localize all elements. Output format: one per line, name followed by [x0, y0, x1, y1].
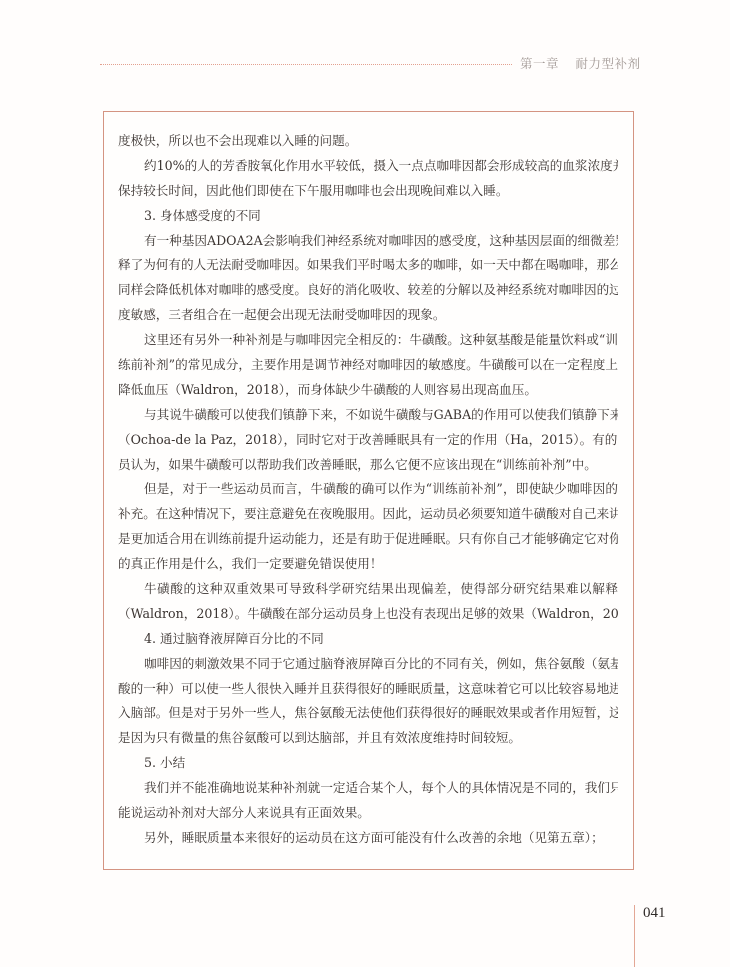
text-line: 但是，对于一些运动员而言，牛磺酸的确可以作为“训练前补剂”，即使缺少咖啡因的 [118, 477, 618, 502]
text-line: 牛磺酸的这种双重效果可导致科学研究结果出现偏差，使得部分研究结果难以解释 [118, 577, 618, 602]
text-line: 约10%的人的芳香胺氧化作用水平较低，摄入一点点咖啡因都会形成较高的血浆浓度并 [118, 154, 618, 179]
text-line: 与其说牛磺酸可以使我们镇静下来，不如说牛磺酸与GABA的作用可以使我们镇静下来 [118, 403, 618, 428]
text-line: 员认为，如果牛磺酸可以帮助我们改善睡眠，那么它便不应该出现在“训练前补剂”中。 [118, 453, 618, 478]
page-number: 041 [643, 905, 666, 922]
section-heading: 3. 身体感受度的不同 [118, 204, 618, 229]
section-heading: 4. 通过脑脊液屏障百分比的不同 [118, 627, 618, 652]
text-line: 度敏感，三者组合在一起便会出现无法耐受咖啡因的现象。 [118, 303, 618, 328]
text-line: 的真正作用是什么，我们一定要避免错误使用！ [118, 552, 618, 577]
text-line: 保持较长时间，因此他们即使在下午服用咖啡也会出现晚间难以入睡。 [118, 179, 618, 204]
text-line: 度极快，所以也不会出现难以入睡的问题。 [118, 129, 618, 154]
chapter-title: 耐力型补剂 [576, 56, 641, 71]
text-line: 另外，睡眠质量本来很好的运动员在这方面可能没有什么改善的余地（见第五章）； [118, 826, 618, 851]
text-line: 这里还有另外一种补剂是与咖啡因完全相反的：牛磺酸。这种氨基酸是能量饮料或“训 [118, 328, 618, 353]
text-line: 酸的一种）可以使一些人很快入睡并且获得很好的睡眠质量，这意味着它可以比较容易地进 [118, 677, 618, 702]
header-dotted-rule [100, 64, 512, 65]
text-line: 是更加适合用在训练前提升运动能力，还是有助于促进睡眠。只有你自己才能够确定它对你 [118, 527, 618, 552]
text-line: 释了为何有的人无法耐受咖啡因。如果我们平时喝太多的咖啡，如一天中都在喝咖啡，那么 [118, 253, 618, 278]
text-line: 补充。在这种情况下，要注意避免在夜晚服用。因此，运动员必须要知道牛磺酸对自己来讲 [118, 502, 618, 527]
section-heading: 5. 小结 [118, 751, 618, 776]
text-line: 是因为只有微量的焦谷氨酸可以到达脑部，并且有效浓度维持时间较短。 [118, 726, 618, 751]
text-line: 我们并不能准确地说某种补剂就一定适合某个人，每个人的具体情况是不同的，我们只 [118, 776, 618, 801]
body-text: 度极快，所以也不会出现难以入睡的问题。约10%的人的芳香胺氧化作用水平较低，摄入… [118, 129, 618, 851]
page-number-rule [634, 905, 635, 967]
text-line: 降低血压（Waldron，2018），而身体缺少牛磺酸的人则容易出现高血压。 [118, 378, 618, 403]
text-line: 同样会降低机体对咖啡的感受度。良好的消化吸收、较差的分解以及神经系统对咖啡因的过 [118, 278, 618, 303]
text-line: （Ochoa-de la Paz，2018），同时它对于改善睡眠具有一定的作用（… [118, 428, 618, 453]
text-line: 咖啡因的刺激效果不同于它通过脑脊液屏障百分比的不同有关，例如，焦谷氨酸（氨基 [118, 652, 618, 677]
running-header: 第一章 耐力型补剂 [520, 54, 641, 74]
text-line: 有一种基因ADOA2A会影响我们神经系统对咖啡因的感受度，这种基因层面的细微差别… [118, 229, 618, 254]
text-line: 练前补剂”的常见成分，主要作用是调节神经对咖啡因的敏感度。牛磺酸可以在一定程度上 [118, 353, 618, 378]
chapter-number: 第一章 [520, 56, 559, 71]
text-line: （Waldron，2018）。牛磺酸在部分运动员身上也没有表现出足够的效果（Wa… [118, 602, 618, 627]
text-line: 能说运动补剂对大部分人来说具有正面效果。 [118, 801, 618, 826]
text-line: 入脑部。但是对于另外一些人，焦谷氨酸无法使他们获得很好的睡眠效果或者作用短暂，这 [118, 701, 618, 726]
